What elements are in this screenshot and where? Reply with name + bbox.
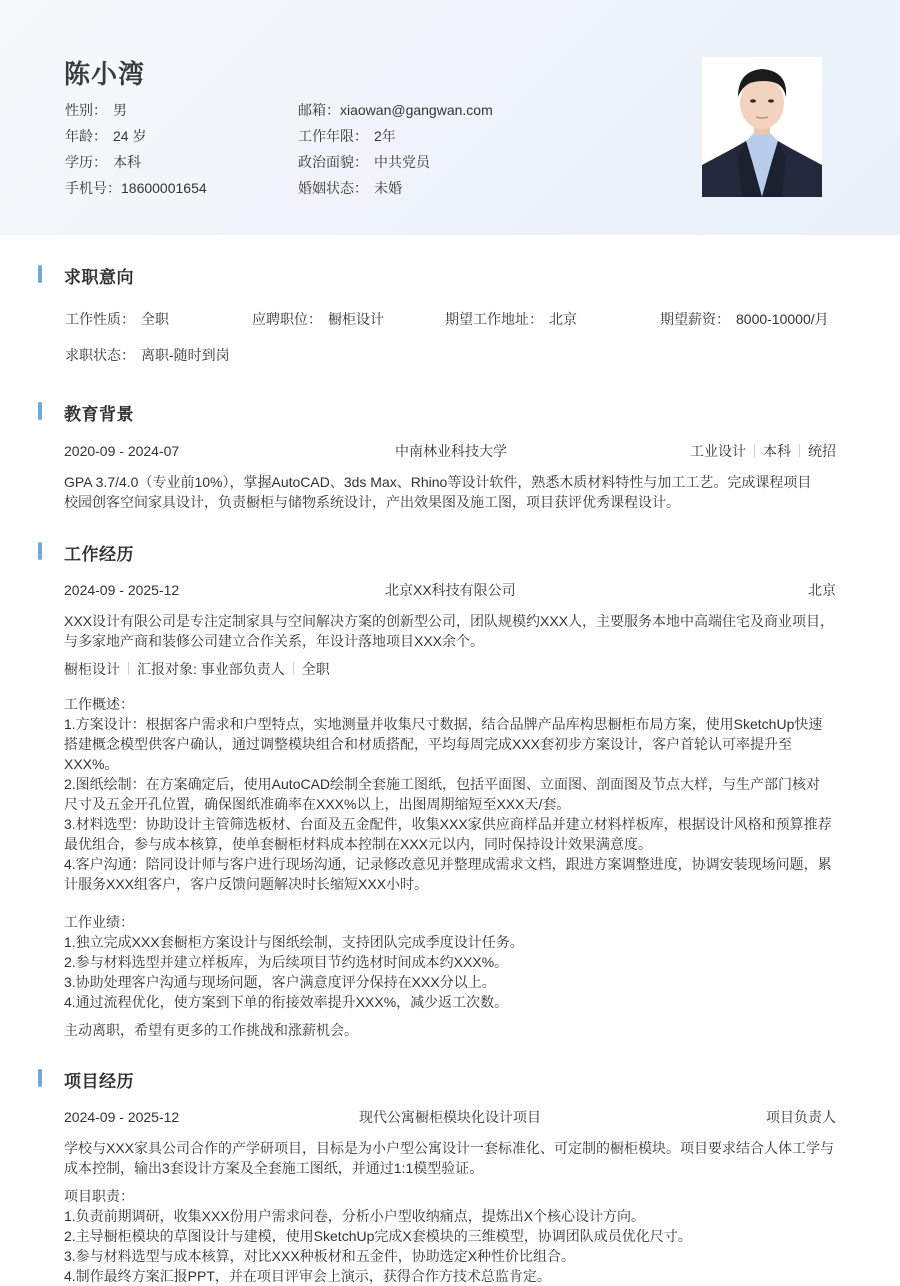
section-accent-bar — [38, 1069, 42, 1087]
info-value: 男 — [113, 102, 127, 118]
project-description: 学校与XXX家具公司合作的产学研项目，目标是为小户型公寓设计一套标准化、可定制的… — [64, 1138, 839, 1178]
email-link[interactable]: xiaowan@gangwan.com — [340, 102, 493, 118]
work-period: 2024-09 - 2025-12 — [64, 580, 179, 600]
text-line: 尺寸及五金开孔位置，确保图纸准确率在XXX%以上，出图周期缩短至XXX天/套。 — [64, 794, 839, 814]
section-title-project: 项目经历 — [64, 1067, 134, 1092]
basic-info-left: 性别：男 年龄：24 岁 学历：本科 手机号：18600001654 — [65, 100, 207, 204]
divider — [799, 444, 800, 457]
section-title-work: 工作经历 — [64, 540, 134, 565]
text-line: 成本控制，输出3套设计方案及全套施工图纸，并通过1:1模型验证。 — [64, 1158, 839, 1178]
divider — [293, 662, 294, 675]
list-item: 2.参与材料选型并建立样板库，为后续项目节约选材时间成本约XXX%。 — [64, 952, 839, 972]
leave-reason: 主动离职，希望有更多的工作挑战和涨薪机会。 — [64, 1020, 358, 1040]
resume-header: 陈小湾 性别：男 年龄：24 岁 学历：本科 手机号：18600001654 邮… — [0, 0, 900, 235]
section-title-education: 教育背景 — [64, 400, 134, 425]
text-line: 4.客户沟通：陪同设计师与客户进行现场沟通，记录修改意见并整理成需求文档，跟进方… — [64, 854, 839, 874]
education-enrollment: 统招 — [808, 443, 836, 459]
info-value: 离职-随时到岗 — [141, 347, 230, 363]
info-value: 2年 — [374, 128, 396, 144]
info-work-years: 工作年限：2年 — [298, 126, 493, 152]
intention-location: 期望工作地址：北京 — [445, 309, 577, 329]
info-value: 中共党员 — [374, 154, 430, 170]
info-education: 学历：本科 — [65, 152, 207, 178]
section-accent-bar — [38, 542, 42, 560]
text-line: 3.材料选型：协助设计主管筛选板材、台面及五金配件，收集XXX家供应商样品并建立… — [64, 814, 839, 834]
education-period: 2020-09 - 2024-07 — [64, 441, 179, 461]
info-value: 全职 — [141, 311, 169, 327]
education-degree: 本科 — [763, 443, 791, 459]
text-line: 最优组合，参与成本核算，使单套橱柜材料成本控制在XXX元以内，同时保持设计效果满… — [64, 834, 839, 854]
list-item: 4.制作最终方案汇报PPT，并在项目评审会上演示，获得合作方技术总监肯定。 — [64, 1266, 839, 1275]
education-major: 工业设计 — [690, 443, 746, 459]
section-accent-bar — [38, 265, 42, 283]
info-label: 学历： — [65, 154, 107, 170]
info-label: 邮箱： — [298, 102, 340, 118]
divider — [754, 444, 755, 457]
profile-photo — [702, 57, 822, 197]
info-label: 工作性质： — [65, 311, 135, 327]
info-political: 政治面貌：中共党员 — [298, 152, 493, 178]
info-label: 应聘职位： — [252, 311, 322, 327]
education-school: 中南林业科技大学 — [395, 441, 507, 461]
section-accent-bar — [38, 402, 42, 420]
info-label: 婚姻状态： — [298, 180, 368, 196]
info-value: 北京 — [549, 311, 577, 327]
project-role: 项目负责人 — [766, 1107, 836, 1127]
text-line: 与多家地产商和装修公司建立合作关系，年设计落地项目XXX余个。 — [64, 631, 839, 651]
text-line: 1.方案设计：根据客户需求和户型特点，实地测量并收集尺寸数据，结合品牌产品库构思… — [64, 714, 839, 734]
list-item: 3.协助处理客户沟通与现场问题，客户满意度评分保持在XXX分以上。 — [64, 972, 839, 992]
divider — [128, 662, 129, 675]
list-item: 4.通过流程优化，使方案到下单的衔接效率提升XXX%，减少返工次数。 — [64, 992, 839, 1012]
text-line: GPA 3.7/4.0（专业前10%），掌握AutoCAD、3ds Max、Rh… — [64, 472, 839, 492]
education-description: GPA 3.7/4.0（专业前10%），掌握AutoCAD、3ds Max、Rh… — [64, 472, 839, 512]
work-report-to: 汇报对象: 事业部负责人 — [137, 661, 285, 677]
info-marital: 婚姻状态：未婚 — [298, 178, 493, 204]
work-overview-title: 工作概述： — [64, 694, 839, 714]
info-label: 年龄： — [65, 128, 107, 144]
intention-job-type: 工作性质：全职 — [65, 309, 169, 329]
text-line: 搭建概念模型供客户确认，通过调整模块组合和材质搭配，平均每周完成XXX套初步方案… — [64, 734, 839, 754]
info-phone: 手机号：18600001654 — [65, 178, 207, 204]
candidate-name: 陈小湾 — [64, 54, 145, 91]
work-achievements: 工作业绩： 1.独立完成XXX套橱柜方案设计与图纸绘制，支持团队完成季度设计任务… — [64, 912, 839, 1012]
info-label: 手机号： — [65, 180, 121, 196]
work-company: 北京XX科技有限公司 — [385, 580, 516, 600]
info-age: 年龄：24 岁 — [65, 126, 207, 152]
info-label: 工作年限： — [298, 128, 368, 144]
project-period: 2024-09 - 2025-12 — [64, 1107, 179, 1127]
info-label: 政治面貌： — [298, 154, 368, 170]
info-gender: 性别：男 — [65, 100, 207, 126]
work-tags: 橱柜设计汇报对象: 事业部负责人全职 — [64, 659, 330, 679]
intention-salary: 期望薪资：8000-10000/月 — [660, 309, 829, 329]
info-label: 期望工作地址： — [445, 311, 543, 327]
info-value: 未婚 — [374, 180, 402, 196]
work-overview: 工作概述： 1.方案设计：根据客户需求和户型特点，实地测量并收集尺寸数据，结合品… — [64, 694, 839, 894]
info-label: 求职状态： — [65, 347, 135, 363]
info-email: 邮箱：xiaowan@gangwan.com — [298, 100, 493, 126]
section-title-job-intention: 求职意向 — [64, 263, 134, 288]
text-line: 2.图纸绘制：在方案确定后，使用AutoCAD绘制全套施工图纸，包括平面图、立面… — [64, 774, 839, 794]
work-role: 橱柜设计 — [64, 661, 120, 677]
education-tags: 工业设计本科统招 — [690, 441, 836, 461]
project-duties: 项目职责： 1.负责前期调研，收集XXX份用户需求问卷，分析小户型收纳痛点，提炼… — [64, 1186, 839, 1275]
info-label: 期望薪资： — [660, 311, 730, 327]
company-description: XXX设计有限公司是专注定制家具与空间解决方案的创新型公司，团队规模约XXX人，… — [64, 611, 839, 651]
info-value: 本科 — [113, 154, 141, 170]
text-line: 校园创客空间家具设计，负责橱柜与储物系统设计，产出效果图及施工图，项目获评优秀课… — [64, 492, 839, 512]
project-name: 现代公寓橱柜模块化设计项目 — [359, 1107, 541, 1127]
work-achievements-title: 工作业绩： — [64, 912, 839, 932]
list-item: 2.主导橱柜模块的草图设计与建模，使用SketchUp完成X套模块的三维模型，协… — [64, 1226, 839, 1246]
list-item: 3.参与材料选型与成本核算，对比XXX种板材和五金件，协助选定X种性价比组合。 — [64, 1246, 839, 1266]
person-portrait-icon — [702, 57, 822, 197]
work-type: 全职 — [302, 661, 330, 677]
text-line: XXX设计有限公司是专注定制家具与空间解决方案的创新型公司，团队规模约XXX人，… — [64, 611, 839, 631]
basic-info-right: 邮箱：xiaowan@gangwan.com 工作年限：2年 政治面貌：中共党员… — [298, 100, 493, 204]
intention-position: 应聘职位：橱柜设计 — [252, 309, 384, 329]
intention-status: 求职状态：离职-随时到岗 — [65, 345, 230, 365]
text-line: 学校与XXX家具公司合作的产学研项目，目标是为小户型公寓设计一套标准化、可定制的… — [64, 1138, 839, 1158]
info-label: 性别： — [65, 102, 107, 118]
text-line: XXX%。 — [64, 754, 839, 774]
info-value: 橱柜设计 — [328, 311, 384, 327]
list-item: 1.负责前期调研，收集XXX份用户需求问卷，分析小户型收纳痛点，提炼出X个核心设… — [64, 1206, 839, 1226]
list-item: 1.独立完成XXX套橱柜方案设计与图纸绘制，支持团队完成季度设计任务。 — [64, 932, 839, 952]
info-value: 18600001654 — [121, 180, 207, 196]
project-duties-title: 项目职责： — [64, 1186, 839, 1206]
work-location: 北京 — [808, 580, 836, 600]
info-value: 24 岁 — [113, 128, 146, 144]
info-value: 8000-10000/月 — [736, 311, 829, 327]
text-line: 计服务XXX组客户，客户反馈问题解决时长缩短XXX小时。 — [64, 874, 839, 894]
